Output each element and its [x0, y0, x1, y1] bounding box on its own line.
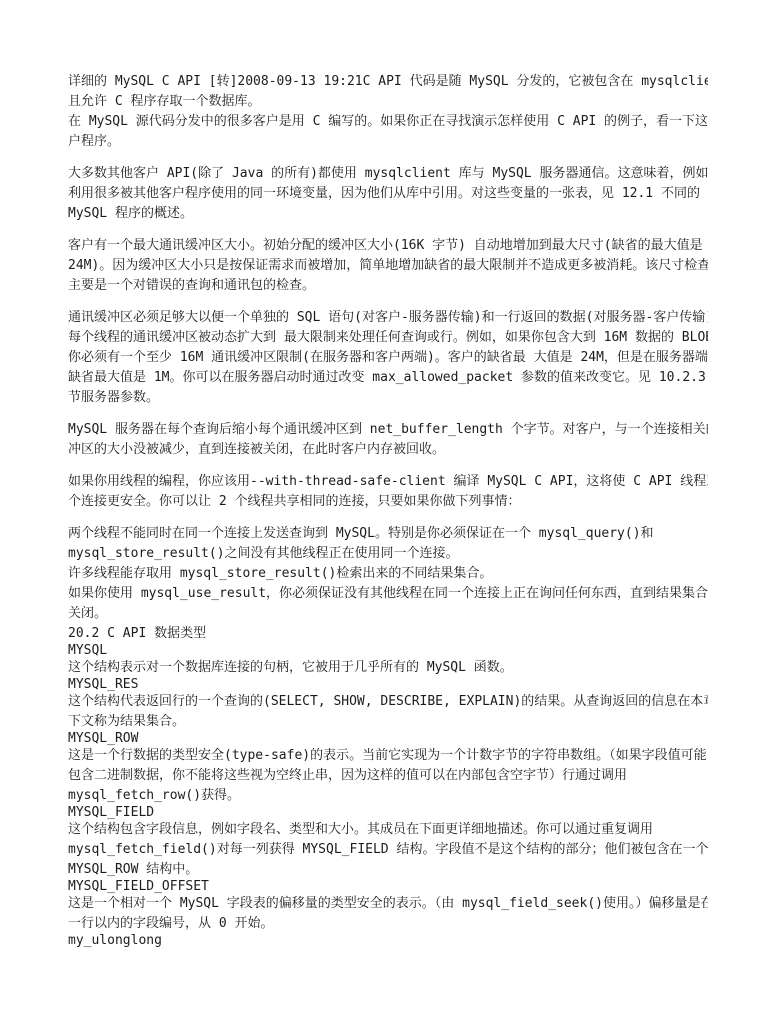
text-line: 这是一个相对一个 MySQL 字段表的偏移量的类型安全的表示。（由 mysql_…	[68, 894, 708, 914]
text-line: 这个结构包含字段信息，例如字段名、类型和大小。其成员在下面更详细地描述。你可以通…	[68, 820, 708, 840]
text-line: 个连接更安全。你可以让 2 个线程共享相同的连接，只要如果你做下列事情：	[68, 492, 708, 512]
text-line: mysql_fetch_row()获得。	[68, 786, 708, 806]
text-line: 这个结构表示对一个数据库连接的句柄，它被用于几乎所有的 MySQL 函数。	[68, 658, 708, 678]
text-line: 如果你用线程的编程，你应该用--with-thread-safe-client …	[68, 472, 708, 492]
text-line: MYSQL	[68, 644, 708, 658]
text-line: 许多线程能存取用 mysql_store_result()检索出来的不同结果集合…	[68, 564, 708, 584]
text-line: mysql_fetch_field()对每一列获得 MYSQL_FIELD 结构…	[68, 840, 708, 860]
text-line: 通讯缓冲区必须足够大以便一个单独的 SQL 语句(对客户-服务器传输)和一行返回…	[68, 308, 708, 328]
paragraph: 两个线程不能同时在同一个连接上发送查询到 MySQL。特别是你必须保证在一个 m…	[68, 524, 708, 948]
paragraph: 通讯缓冲区必须足够大以便一个单独的 SQL 语句(对客户-服务器传输)和一行返回…	[68, 308, 708, 408]
text-line: 20.2 C API 数据类型	[68, 624, 708, 644]
text-line: 客户有一个最大通讯缓冲区大小。初始分配的缓冲区大小(16K 字节) 自动地增加到…	[68, 236, 708, 256]
text-line: 冲区的大小没被减少，直到连接被关闭，在此时客户内存被回收。	[68, 440, 708, 460]
text-line: 节服务器参数。	[68, 388, 708, 408]
text-line: 这个结构代表返回行的一个查询的(SELECT, SHOW, DESCRIBE, …	[68, 692, 708, 712]
text-line: my_ulonglong	[68, 934, 708, 948]
paragraph: MySQL 服务器在每个查询后缩小每个通讯缓冲区到 net_buffer_len…	[68, 420, 708, 460]
document-content: 详细的 MySQL C API [转]2008-09-13 19:21C API…	[68, 72, 708, 960]
text-line: MYSQL_ROW 结构中。	[68, 860, 708, 880]
text-line: 两个线程不能同时在同一个连接上发送查询到 MySQL。特别是你必须保证在一个 m…	[68, 524, 708, 544]
text-line: 缺省最大值是 1M。你可以在服务器启动时通过改变 max_allowed_pac…	[68, 368, 708, 388]
text-line: MYSQL_RES	[68, 678, 708, 692]
text-line: MySQL 程序的概述。	[68, 204, 708, 224]
paragraph: 客户有一个最大通讯缓冲区大小。初始分配的缓冲区大小(16K 字节) 自动地增加到…	[68, 236, 708, 296]
text-line: 主要是一个对错误的查询和通讯包的检查。	[68, 276, 708, 296]
text-line: 包含二进制数据，你不能将这些视为空终止串，因为这样的值可以在内部包含空字节）行通…	[68, 766, 708, 786]
text-line: 下文称为结果集合。	[68, 712, 708, 732]
text-line: MySQL 服务器在每个查询后缩小每个通讯缓冲区到 net_buffer_len…	[68, 420, 708, 440]
text-line: 户程序。	[68, 132, 708, 152]
text-line: 大多数其他客户 API(除了 Java 的所有)都使用 mysqlclient …	[68, 164, 708, 184]
text-line: MYSQL_ROW	[68, 732, 708, 746]
paragraph: 详细的 MySQL C API [转]2008-09-13 19:21C API…	[68, 72, 708, 152]
text-line: MYSQL_FIELD_OFFSET	[68, 880, 708, 894]
text-line: 你必须有一个至少 16M 通讯缓冲区限制(在服务器和客户两端)。客户的缺省最 大…	[68, 348, 708, 368]
document-page: 详细的 MySQL C API [转]2008-09-13 19:21C API…	[0, 0, 768, 1024]
text-line: mysql_store_result()之间没有其他线程正在使用同一个连接。	[68, 544, 708, 564]
text-line: 关闭。	[68, 604, 708, 624]
text-line: MYSQL_FIELD	[68, 806, 708, 820]
text-line: 如果你使用 mysql_use_result，你必须保证没有其他线程在同一个连接…	[68, 584, 708, 604]
paragraph: 大多数其他客户 API(除了 Java 的所有)都使用 mysqlclient …	[68, 164, 708, 224]
text-line: 这是一个行数据的类型安全(type-safe)的表示。当前它实现为一个计数字节的…	[68, 746, 708, 766]
text-line: 在 MySQL 源代码分发中的很多客户是用 C 编写的。如果你正在寻找演示怎样使…	[68, 112, 708, 132]
text-line: 利用很多被其他客户程序使用的同一环境变量，因为他们从库中引用。对这些变量的一张表…	[68, 184, 708, 204]
text-line: 一行以内的字段编号，从 0 开始。	[68, 914, 708, 934]
text-line: 每个线程的通讯缓冲区被动态扩大到 最大限制来处理任何查询或行。例如，如果你包含大…	[68, 328, 708, 348]
text-line: 24M)。因为缓冲区大小只是按保证需求而被增加，简单地增加缺省的最大限制并不造成…	[68, 256, 708, 276]
text-line: 且允许 C 程序存取一个数据库。	[68, 92, 708, 112]
text-line: 详细的 MySQL C API [转]2008-09-13 19:21C API…	[68, 72, 708, 92]
paragraph: 如果你用线程的编程，你应该用--with-thread-safe-client …	[68, 472, 708, 512]
